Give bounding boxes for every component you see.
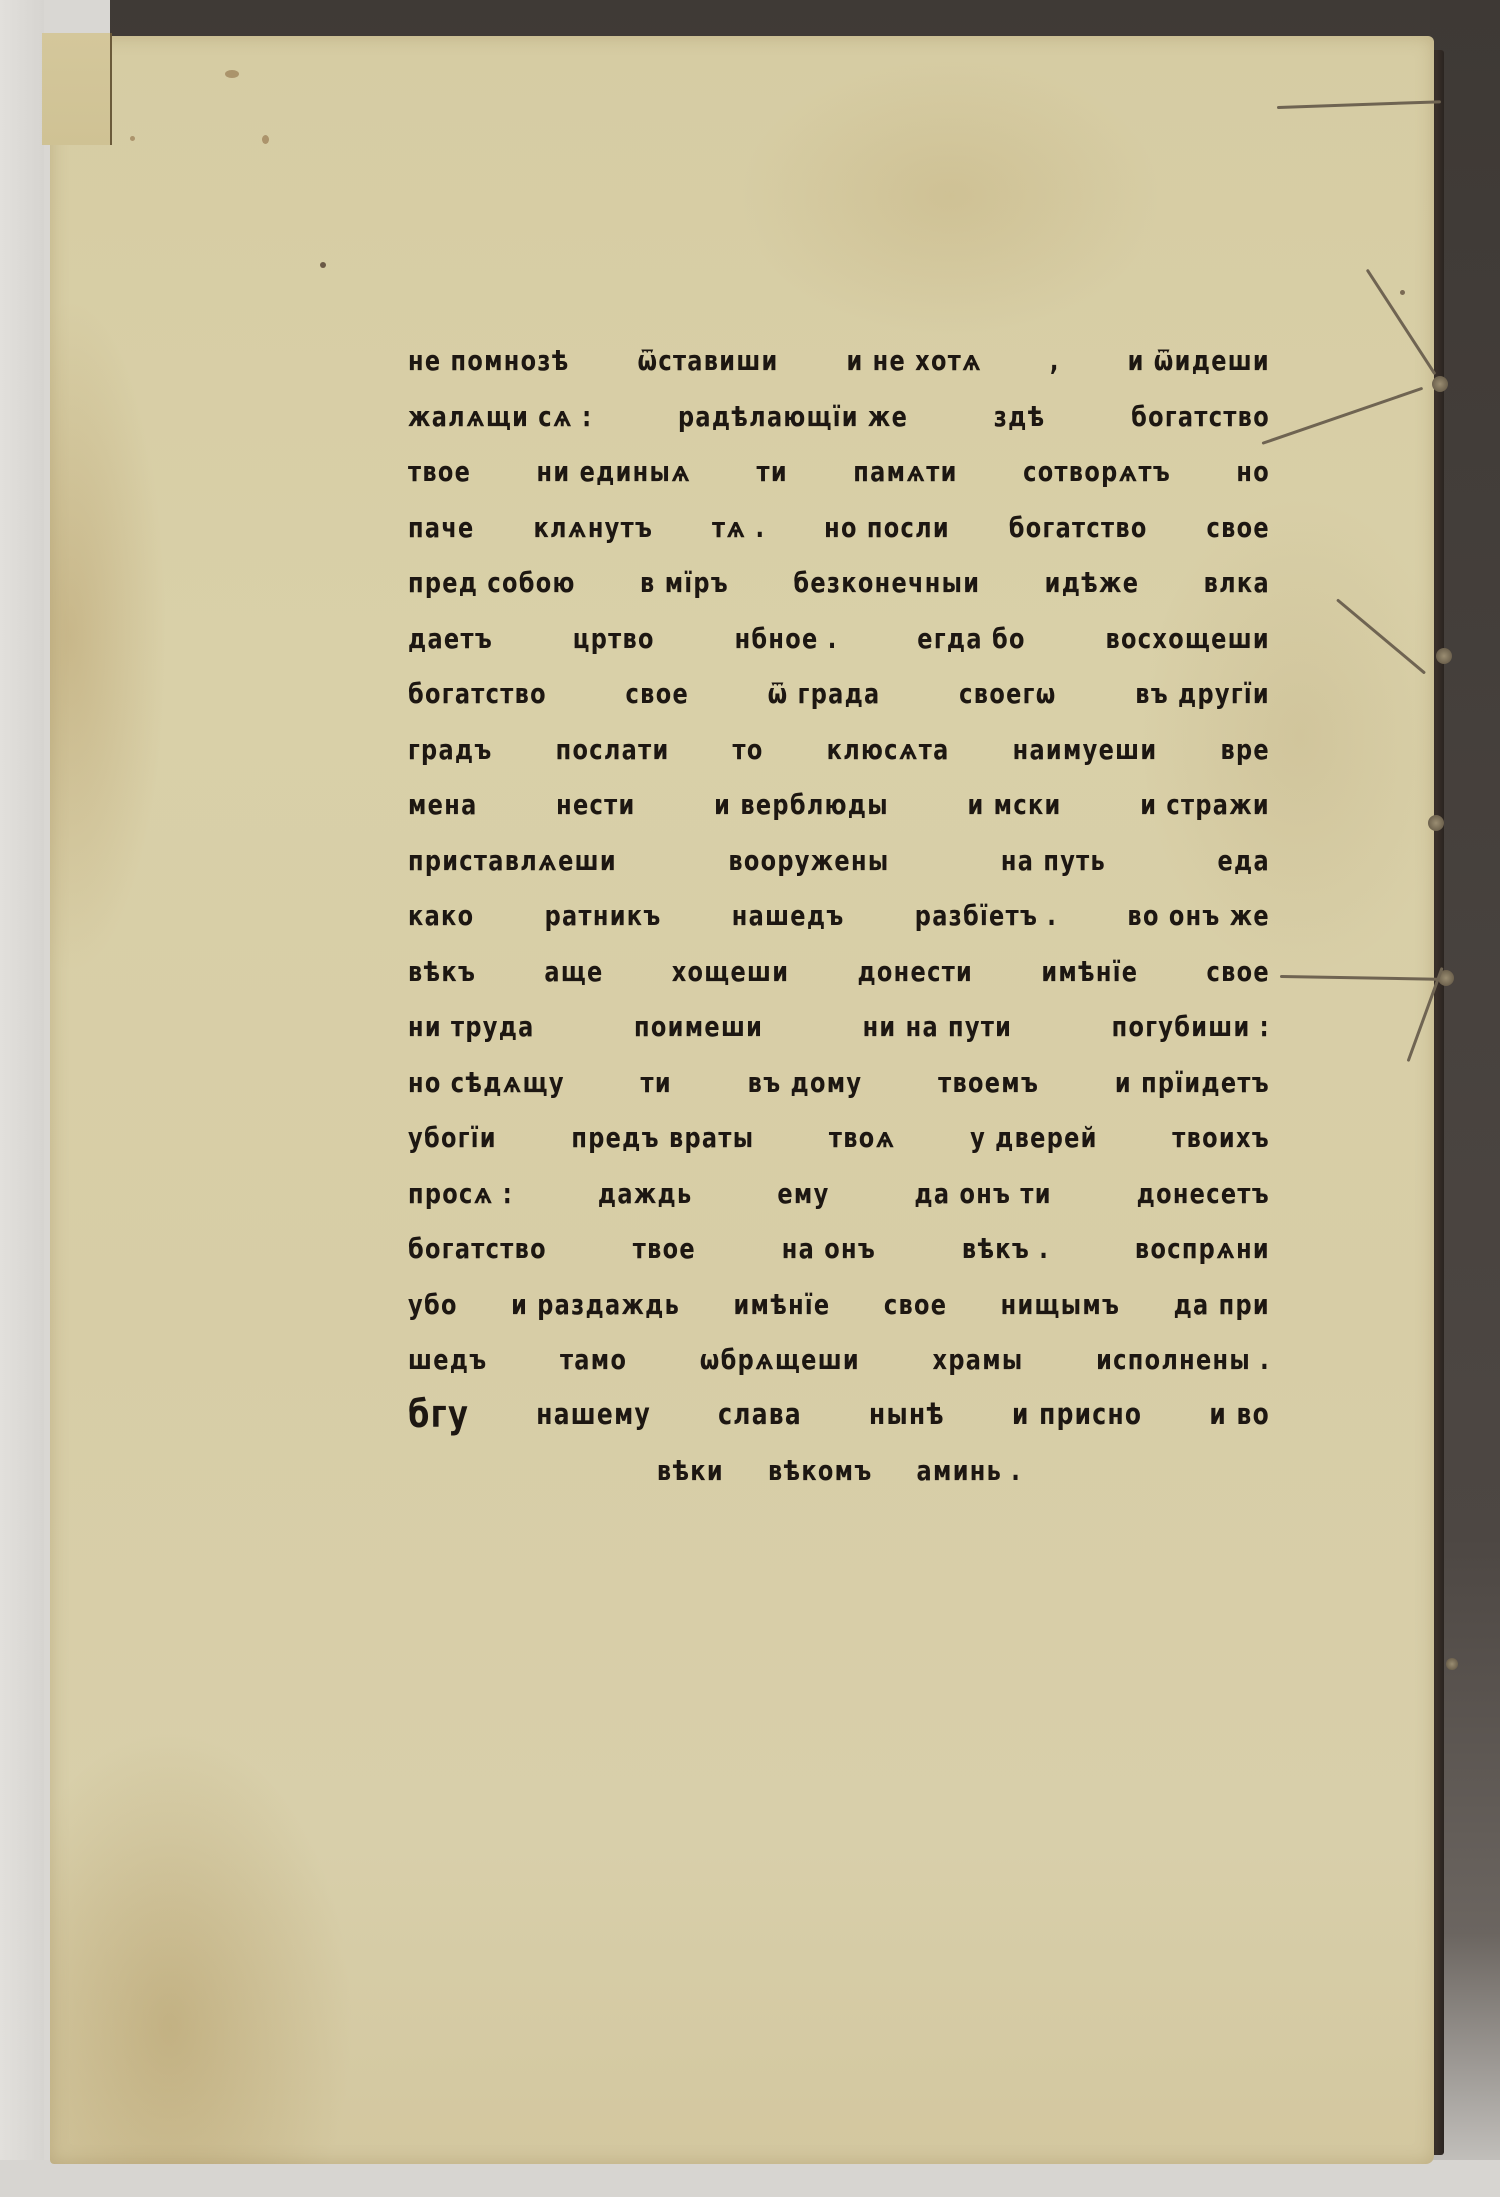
word: твое <box>633 1218 696 1280</box>
text-line-1: не помнозѣ ѿставиши и не хотѧ , и ѿидеши <box>408 330 1270 392</box>
word: нашему <box>536 1384 651 1446</box>
word: вѣки <box>657 1440 724 1502</box>
word: мена <box>408 774 478 836</box>
word: вѣкъ . <box>962 1218 1049 1280</box>
text-line-4: паче клѧнутъ тѧ . но посли богатство сво… <box>408 496 1270 558</box>
word: во онъ же <box>1127 885 1270 947</box>
word: нбное . <box>735 607 838 669</box>
word: нести <box>556 774 635 836</box>
word: своегѡ <box>959 663 1056 725</box>
word: како <box>408 885 474 947</box>
word: у дверей <box>970 1107 1098 1169</box>
word: воспрѧни <box>1135 1218 1270 1280</box>
word: пред собою <box>408 552 576 614</box>
binding-knot <box>1432 376 1448 392</box>
word: исполнены . <box>1096 1329 1270 1391</box>
word: нынѣ <box>869 1384 945 1446</box>
text-line-15: убогїи предъ враты твоѧ у дверей твоихъ <box>408 1107 1270 1169</box>
word: нашедъ <box>732 885 845 947</box>
word: въ другїи <box>1135 663 1270 725</box>
word: на онъ <box>782 1218 876 1280</box>
word: имѣнїе <box>733 1273 830 1335</box>
stain <box>262 135 269 144</box>
word: въ дому <box>748 1051 863 1113</box>
word: тѧ . <box>712 496 765 558</box>
word: богатство <box>408 1218 547 1280</box>
word: но <box>1236 441 1270 503</box>
text-line-19: шедъ тамо ѡбрѧщеши храмы исполнены . <box>408 1329 1270 1391</box>
binding-knot <box>1436 648 1452 664</box>
word: и раздаждь <box>511 1273 680 1335</box>
word: поимеши <box>634 996 763 1058</box>
word: свое <box>626 663 689 725</box>
word: на путь <box>1001 829 1106 891</box>
word: свое <box>1207 940 1270 1002</box>
word: ни единыѧ <box>537 441 692 503</box>
comma-mark: , <box>1050 330 1060 392</box>
word: ему <box>777 1162 829 1224</box>
word: храмы <box>933 1329 1024 1391</box>
text-line-8: градъ послати то клюсѧта наимуеши вре <box>408 718 1270 780</box>
word: и во <box>1209 1384 1270 1446</box>
word: и стражи <box>1140 774 1270 836</box>
word: донесетъ <box>1137 1162 1270 1224</box>
word: тамо <box>560 1329 627 1391</box>
text-line-14: но сѣдѧщу ти въ дому твоемъ и прїидетъ <box>408 1051 1270 1113</box>
word: ни труда <box>408 996 535 1058</box>
text-line-11: како ратникъ нашедъ разбїетъ . во онъ же <box>408 885 1270 947</box>
word: донести <box>857 940 973 1002</box>
word: и мски <box>967 774 1061 836</box>
word: имѣнїе <box>1041 940 1138 1002</box>
word: но сѣдѧщу <box>408 1051 565 1113</box>
word: богатство <box>1009 496 1148 558</box>
binding-knot <box>1428 815 1444 831</box>
binding-knot <box>1446 1658 1458 1670</box>
word: Бгу <box>408 1384 469 1446</box>
word: послати <box>556 718 670 780</box>
text-line-5: пред собою в мїръ безконечныи идѣже влка <box>408 552 1270 614</box>
word: свое <box>884 1273 947 1335</box>
word: твое <box>408 441 471 503</box>
word: свое <box>1206 496 1269 558</box>
word: твоѧ <box>829 1107 896 1169</box>
word: погубиши : <box>1112 996 1270 1058</box>
word: приставлѧеши <box>408 829 617 891</box>
word: да при <box>1174 1273 1270 1335</box>
word: богатство <box>408 663 547 725</box>
word: нищымъ <box>1001 1273 1121 1335</box>
word: но посли <box>824 496 950 558</box>
word: твоихъ <box>1172 1107 1270 1169</box>
text-line-18: убо и раздаждь имѣнїе свое нищымъ да при <box>408 1273 1270 1335</box>
word: наимуеши <box>1013 718 1158 780</box>
word: да онъ ти <box>914 1162 1051 1224</box>
word: ти <box>641 1051 672 1113</box>
word: вѣкъ <box>408 940 476 1002</box>
word: аминь . <box>917 1440 1022 1502</box>
backdrop-left <box>0 0 44 2197</box>
word: хощеши <box>672 940 790 1002</box>
word: восхощеши <box>1106 607 1270 669</box>
word: ѿставиши <box>637 330 778 392</box>
word: не помнозѣ <box>408 330 570 392</box>
word: шедъ <box>408 1329 487 1391</box>
word: ти <box>757 441 788 503</box>
text-line-7: богатство свое ѿ града своегѡ въ другїи <box>408 663 1270 725</box>
word: разбїетъ . <box>915 885 1057 947</box>
word: убогїи <box>408 1107 497 1169</box>
word: памѧти <box>853 441 957 503</box>
text-line-10: приставлѧеши вооружены на путь еда <box>408 829 1270 891</box>
word: предъ враты <box>571 1107 754 1169</box>
word: ѿ града <box>768 663 881 725</box>
word: влка <box>1204 552 1270 614</box>
word: клѧнутъ <box>533 496 653 558</box>
word: даетъ <box>408 607 493 669</box>
word: в мїръ <box>640 552 729 614</box>
text-line-20: Бгу нашему слава нынѣ и присно и во <box>408 1384 1270 1446</box>
text-block: не помнозѣ ѿставиши и не хотѧ , и ѿидеши… <box>408 333 1270 1499</box>
word: слава <box>718 1384 802 1446</box>
word: и верблюды <box>714 774 889 836</box>
stain <box>225 70 239 78</box>
word: паче <box>408 496 475 558</box>
word: жалѧщи сѧ : <box>408 385 592 447</box>
word: вре <box>1220 718 1270 780</box>
backdrop-bottom <box>0 2160 1500 2197</box>
word: даждь <box>598 1162 693 1224</box>
word: идѣже <box>1045 552 1140 614</box>
stain <box>320 262 326 268</box>
word: клюсѧта <box>827 718 950 780</box>
word: ѡбрѧщеши <box>700 1329 860 1391</box>
text-line-13: ни труда поимеши ни на пути погубиши : <box>408 996 1270 1058</box>
stain <box>1400 290 1405 295</box>
word: егда бо <box>917 607 1025 669</box>
word: ни на пути <box>863 996 1013 1058</box>
word: безконечныи <box>793 552 980 614</box>
word: еда <box>1217 829 1270 891</box>
word: ратникъ <box>545 885 662 947</box>
text-line-9: мена нести и верблюды и мски и стражи <box>408 774 1270 836</box>
text-line-17: богатство твое на онъ вѣкъ . воспрѧни <box>408 1218 1270 1280</box>
word: здѣ <box>994 385 1046 447</box>
word: градъ <box>408 718 493 780</box>
word: сотворѧтъ <box>1023 441 1171 503</box>
text-line-12: вѣкъ аще хощеши донести имѣнїе свое <box>408 940 1270 1002</box>
word: и ѿидеши <box>1128 330 1270 392</box>
word: вѣкомъ <box>768 1440 873 1502</box>
text-line-3: твое ни единыѧ ти памѧти сотворѧтъ но <box>408 441 1270 503</box>
word: цртво <box>573 607 655 669</box>
word: вооружены <box>728 829 889 891</box>
text-line-21: вѣки вѣкомъ аминь . <box>408 1440 1270 1502</box>
word: аще <box>544 940 603 1002</box>
word: просѧ : <box>408 1162 513 1224</box>
text-line-2: жалѧщи сѧ : радѣлающїи же здѣ богатство <box>408 385 1270 447</box>
word: богатство <box>1131 385 1270 447</box>
word: и присно <box>1012 1384 1142 1446</box>
stain <box>130 136 135 141</box>
word: и прїидетъ <box>1115 1051 1270 1113</box>
word: то <box>733 718 764 780</box>
word: и не хотѧ <box>846 330 982 392</box>
page-tab-flap <box>42 33 112 145</box>
text-line-6: даетъ цртво нбное . егда бо восхощеши <box>408 607 1270 669</box>
word: убо <box>408 1273 458 1335</box>
word: твоемъ <box>938 1051 1039 1113</box>
word: радѣлающїи же <box>678 385 908 447</box>
text-line-16: просѧ : даждь ему да онъ ти донесетъ <box>408 1162 1270 1224</box>
